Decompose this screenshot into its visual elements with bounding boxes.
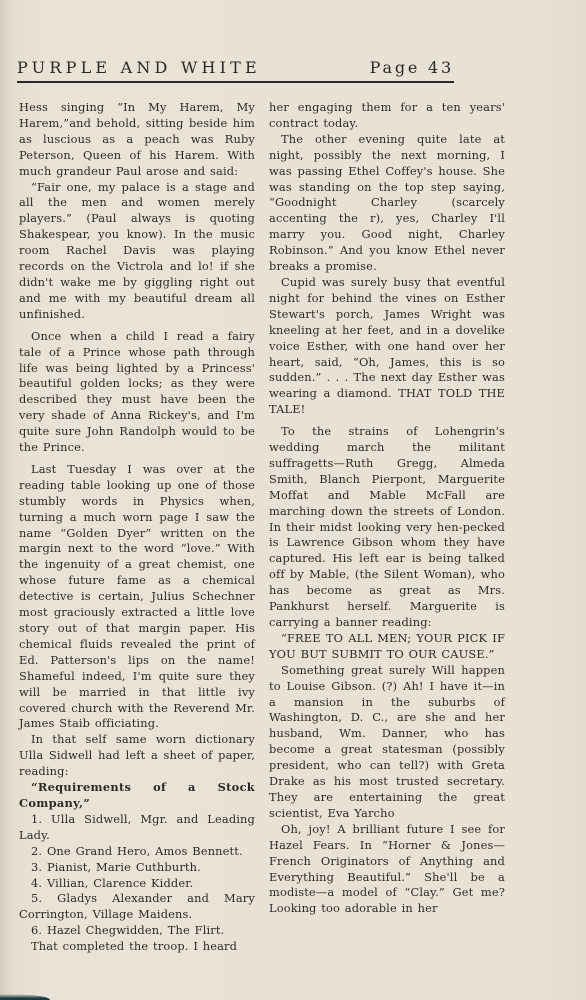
list-heading: “Requirements of a Stock Company,”	[19, 780, 255, 812]
paragraph: Something great surely Will happen to Lo…	[269, 663, 505, 822]
banner-quote: “FREE TO ALL MEN; YOUR PICK IF YOU BUT S…	[269, 631, 505, 663]
list-item: 1. Ulla Sidwell, Mgr. and Leading Lady.	[19, 812, 255, 844]
list-item: 2. One Grand Hero, Amos Bennett.	[19, 844, 255, 860]
list-item: 4. Villian, Clarence Kidder.	[19, 876, 255, 892]
paragraph: Cupid was surely busy that eventful nigh…	[269, 275, 505, 418]
paragraph: To the strains of Lohengrin's wedding ma…	[269, 424, 505, 631]
page-number: Page 43	[370, 58, 454, 77]
paragraph: Once when a child I read a fairy tale of…	[19, 329, 255, 456]
publication-title: PURPLE AND WHITE	[17, 58, 261, 77]
list-item: 3. Pianist, Marie Cuthburth.	[19, 860, 255, 876]
paragraph: The other evening quite late at night, p…	[269, 132, 505, 275]
left-column: Hess singing “In My Harem, My Harem,”and…	[19, 100, 255, 955]
paragraph: In that self same worn dictionary Ulla S…	[19, 732, 255, 780]
list-item: 6. Hazel Chegwidden, The Flirt.	[19, 923, 255, 939]
paragraph: Last Tuesday I was over at the reading t…	[19, 462, 255, 732]
paragraph: Hess singing “In My Harem, My Harem,”and…	[19, 100, 255, 180]
header-rule	[17, 81, 454, 83]
paragraph: That completed the troop. I heard	[19, 939, 255, 955]
list-item: 5. Gladys Alexander and Mary Corrington,…	[19, 891, 255, 923]
right-column: her engaging them for a ten years' contr…	[269, 100, 505, 917]
paragraph: her engaging them for a ten years' contr…	[269, 100, 505, 132]
page-header: PURPLE AND WHITE Page 43	[17, 58, 454, 77]
scan-edge-shadow	[0, 994, 50, 1000]
paragraph: “Fair one, my palace is a stage and all …	[19, 180, 255, 323]
magazine-page: PURPLE AND WHITE Page 43 Hess singing “I…	[0, 0, 586, 1000]
paragraph: Oh, joy! A brilliant future I see for Ha…	[269, 822, 505, 917]
